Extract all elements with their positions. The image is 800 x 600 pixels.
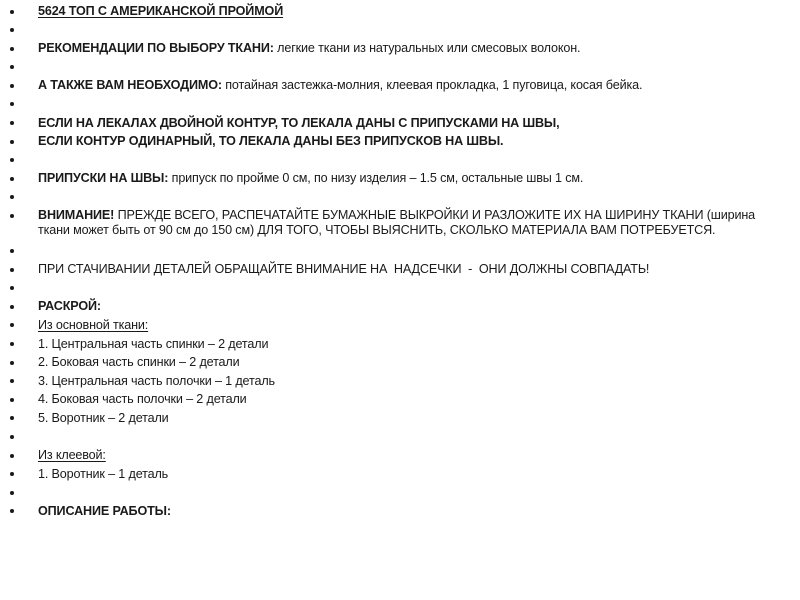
bullet-icon — [0, 465, 38, 484]
bullet-icon — [0, 483, 38, 502]
bullet-icon — [0, 372, 38, 391]
empty-list-item — [0, 188, 800, 207]
empty-list-item — [0, 483, 800, 502]
bullet-icon — [0, 151, 38, 170]
seam-allowances-value: припуск по пройме 0 см, по низу изделия … — [168, 171, 583, 185]
bullet-icon — [0, 297, 38, 316]
bullet-icon — [0, 76, 38, 95]
bullet-icon — [0, 390, 38, 409]
contour-single-note: ЕСЛИ КОНТУР ОДИНАРНЫЙ, ТО ЛЕКАЛА ДАНЫ БЕ… — [0, 132, 800, 151]
bullet-icon — [0, 502, 38, 521]
bullet-icon — [0, 58, 38, 77]
bullet-icon — [0, 446, 38, 465]
attention-note: ВНИМАНИЕ! ПРЕЖДЕ ВСЕГО, РАСПЕЧАТАЙТЕ БУМ… — [0, 207, 800, 239]
cutting-heading: РАСКРОЙ: — [0, 297, 800, 316]
empty-list-item — [0, 58, 800, 77]
bullet-icon — [0, 409, 38, 428]
bullet-icon — [0, 279, 38, 298]
bullet-icon — [0, 132, 38, 151]
empty-list-item — [0, 95, 800, 114]
seam-allowances: ПРИПУСКИ НА ШВЫ: припуск по пройме 0 см,… — [0, 169, 800, 188]
contour-double-note: ЕСЛИ НА ЛЕКАЛАХ ДВОЙНОЙ КОНТУР, ТО ЛЕКАЛ… — [0, 114, 800, 133]
bullet-icon — [0, 316, 38, 335]
bullet-icon — [0, 335, 38, 354]
bullet-icon — [0, 260, 38, 279]
empty-list-item — [0, 242, 800, 261]
bullet-icon — [0, 242, 38, 261]
bullet-icon — [0, 207, 38, 226]
also-needed-label: А ТАКЖЕ ВАМ НЕОБХОДИМО: — [38, 78, 222, 92]
bullet-icon — [0, 427, 38, 446]
empty-list-item — [0, 279, 800, 298]
document-title: 5624 ТОП С АМЕРИКАНСКОЙ ПРОЙМОЙ — [38, 2, 800, 21]
list-item: 5. Воротник – 2 детали — [0, 409, 800, 428]
empty-list-item — [0, 427, 800, 446]
main-fabric-heading: Из основной ткани: — [0, 316, 800, 335]
seam-allowances-label: ПРИПУСКИ НА ШВЫ: — [38, 171, 168, 185]
list-item: 4. Боковая часть полочки – 2 детали — [0, 390, 800, 409]
notches-note: ПРИ СТАЧИВАНИИ ДЕТАЛЕЙ ОБРАЩАЙТЕ ВНИМАНИ… — [0, 260, 800, 279]
document-page: 5624 ТОП С АМЕРИКАНСКОЙ ПРОЙМОЙ РЕКОМЕНД… — [0, 2, 800, 520]
also-needed-value: потайная застежка-молния, клеевая прокла… — [222, 78, 642, 92]
bullet-icon — [0, 188, 38, 207]
bullet-icon — [0, 21, 38, 40]
list-item: 1. Воротник – 1 деталь — [0, 465, 800, 484]
interfacing-heading: Из клеевой: — [0, 446, 800, 465]
bullet-icon — [0, 39, 38, 58]
fabric-recommendation: РЕКОМЕНДАЦИИ ПО ВЫБОРУ ТКАНИ: легкие тка… — [0, 39, 800, 58]
list-item: 5624 ТОП С АМЕРИКАНСКОЙ ПРОЙМОЙ — [0, 2, 800, 21]
attention-value: ПРЕЖДЕ ВСЕГО, РАСПЕЧАТАЙТЕ БУМАЖНЫЕ ВЫКР… — [38, 208, 758, 238]
fabric-recommendation-label: РЕКОМЕНДАЦИИ ПО ВЫБОРУ ТКАНИ: — [38, 41, 274, 55]
empty-list-item — [0, 21, 800, 40]
bullet-icon — [0, 95, 38, 114]
fabric-recommendation-value: легкие ткани из натуральных или смесовых… — [274, 41, 581, 55]
bullet-icon — [0, 169, 38, 188]
bullet-icon — [0, 114, 38, 133]
bullet-icon — [0, 2, 38, 21]
work-description-heading: ОПИСАНИЕ РАБОТЫ: — [0, 502, 800, 521]
attention-label: ВНИМАНИЕ! — [38, 208, 114, 222]
also-needed: А ТАКЖЕ ВАМ НЕОБХОДИМО: потайная застежк… — [0, 76, 800, 95]
list-item: 3. Центральная часть полочки – 1 деталь — [0, 372, 800, 391]
empty-list-item — [0, 151, 800, 170]
list-item: 1. Центральная часть спинки – 2 детали — [0, 335, 800, 354]
list-item: 2. Боковая часть спинки – 2 детали — [0, 353, 800, 372]
bullet-icon — [0, 353, 38, 372]
